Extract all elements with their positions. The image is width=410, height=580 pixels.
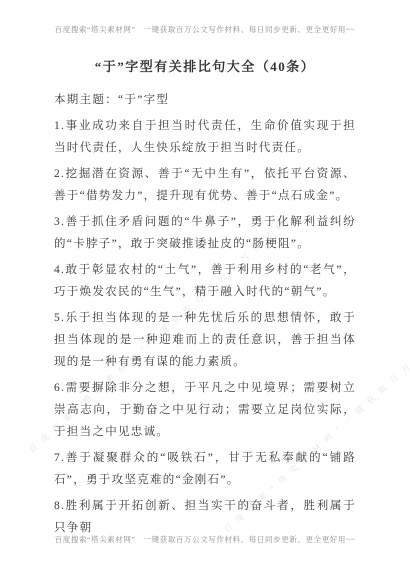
body-paragraph-6: 6.需要摒除非分之想，于平凡之中见境界；需要树立崇高志向，于勤奋之中见行动；需要… [54,377,356,443]
footer-promo-note: 百度搜索“塔尖素材网” 一键获取百万公文写作材料、每日同步更新、更全更好用~~ [0,534,410,545]
body-paragraph-8: 8.胜利属于开拓创新、担当实干的奋斗者，胜利属于只争朝 [54,495,356,539]
topic-line: 本期主题：“于”字型 [54,89,356,111]
body-paragraph-5: 5.乐于担当体现的是一种先忧后乐的思想情怀，敢于担当体现的是一种迎难而上的责任意… [54,307,356,373]
body-paragraph-4: 4.敢于彰显农村的“土气”，善于利用乡村的“老气”，巧于焕发农民的“生气”，精于… [54,259,356,303]
page-title: “于”字型有关排比句大全（40条） [54,56,356,75]
body-paragraph-7: 7.善于凝聚群众的“吸铁石”，甘于无私奉献的“铺路石”，勇于攻坚克难的“金刚石”… [54,447,356,491]
document-body: “于”字型有关排比句大全（40条） 本期主题：“于”字型 1.事业成功来自于担当… [54,56,356,543]
body-paragraph-3: 3.善于抓住矛盾问题的“牛鼻子”，勇于化解利益纠纷的“卡脖子”，敢于突破推诿扯皮… [54,211,356,255]
document-page: 百度搜索“塔尖素材网”一键获取百万公文写作材料 百度搜索“塔尖素材网”一键获取百… [0,0,410,580]
header-promo-note: 百度搜索“塔尖素材网” 一键获取百万公文写作材料、每日同步更新、更全更好用~~ [0,24,410,35]
body-paragraph-1: 1.事业成功来自于担当时代责任，生命价值实现于担当时代责任，人生快乐绽放于担当时… [54,115,356,159]
body-paragraph-2: 2.挖掘潜在资源、善于“无中生有”，依托平台资源、善于“借势发力”，提升现有优势… [54,163,356,207]
